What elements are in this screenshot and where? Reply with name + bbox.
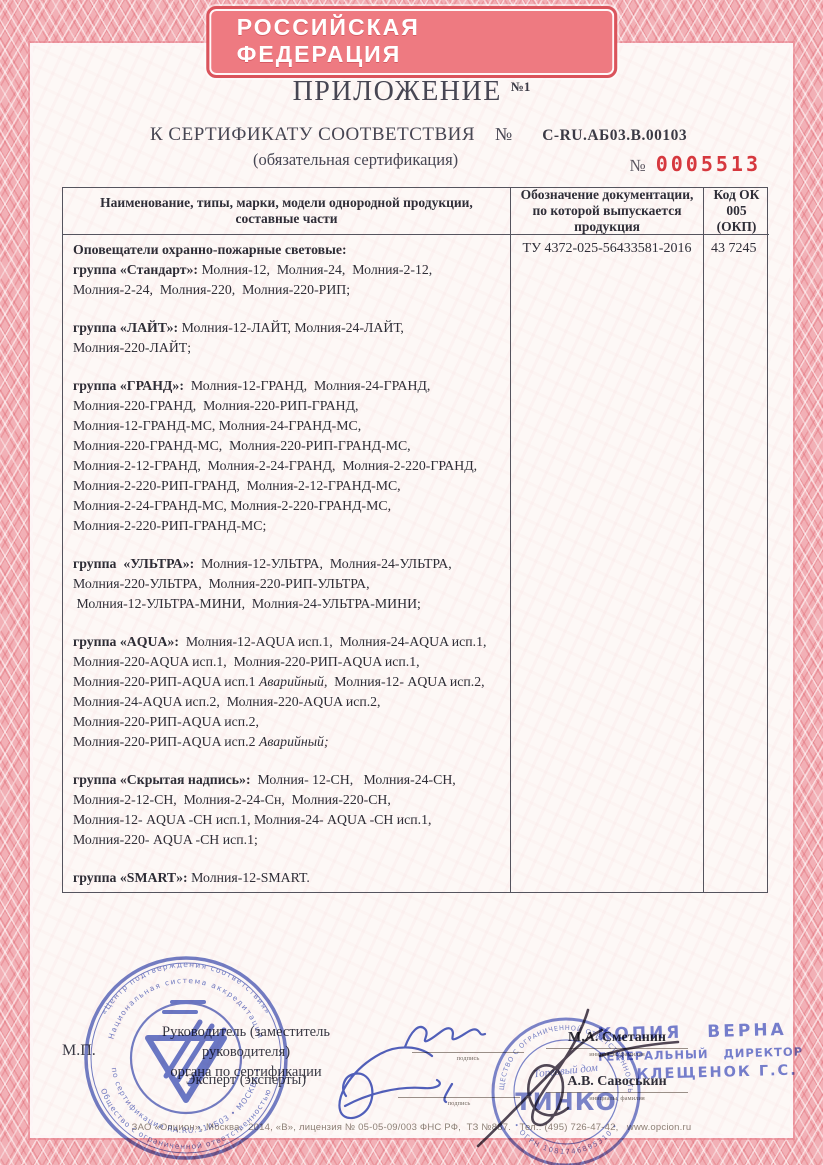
- product-line: Молния-220-РИП-AQUA исп.1 Аварийный, Мол…: [73, 672, 504, 692]
- product-line: группа «ГРАНД»: Молния-12-ГРАНД, Молния-…: [73, 376, 504, 396]
- certificate-page: РОССИЙСКАЯ ФЕДЕРАЦИЯ ПРИЛОЖЕНИЕ№1 К СЕРТ…: [0, 0, 823, 1165]
- appendix-number: №1: [511, 79, 531, 94]
- product-line: Молния-220-ГРАНД, Молния-220-РИП-ГРАНД,: [73, 396, 504, 416]
- product-line: Молния-2-12-СН, Молния-2-24-Сн, Молния-2…: [73, 790, 504, 810]
- copy-verna-stamp: КОПИЯ ВЕРНА ГЕНЕРАЛЬНЫЙ ДИРЕКТОР КЛЕЩЕНО…: [597, 1019, 818, 1084]
- certificate-subtitle: К СЕРТИФИКАТУ СООТВЕТСТВИЯ: [150, 124, 475, 145]
- column-header-documentation: Обозначение документации, по которой вып…: [511, 188, 704, 235]
- copy-verna-line2: ГЕНЕРАЛЬНЫЙ ДИРЕКТОР: [598, 1044, 818, 1064]
- certification-body-stamp: «Центр подтверждения соответствия» Общес…: [78, 950, 294, 1165]
- form-numero-sign: №: [629, 156, 645, 175]
- appendix-title-row: ПРИЛОЖЕНИЕ№1: [0, 76, 823, 108]
- product-line: Молния-2-12-ГРАНД, Молния-2-24-ГРАНД, Мо…: [73, 456, 504, 476]
- product-line: группа «Скрытая надпись»: Молния- 12-СН,…: [73, 770, 504, 790]
- product-line: Молния-2-220-РИП-ГРАНД, Молния-2-12-ГРАН…: [73, 476, 504, 496]
- product-line: группа «Стандарт»: Молния-12, Молния-24,…: [73, 260, 504, 280]
- product-line: Молния-12-ГРАНД-МС, Молния-24-ГРАНД-МС,: [73, 416, 504, 436]
- product-list-cell: Оповещатели охранно-пожарные световые:гр…: [63, 235, 511, 892]
- product-line: группа «ЛАЙТ»: Молния-12-ЛАЙТ, Молния-24…: [73, 318, 504, 338]
- tinko-script-text: Торговый дом: [533, 1062, 599, 1081]
- column-header-name: Наименование, типы, марки, модели одноро…: [63, 188, 511, 235]
- product-group: группа «Стандарт»: Молния-12, Молния-24,…: [73, 260, 504, 300]
- column-header-okp-code: Код ОК 005 (ОКП): [704, 188, 769, 235]
- okp-code-value: 43 7245: [704, 235, 769, 892]
- product-line: Молния-12- AQUA -СН исп.1, Молния-24- AQ…: [73, 810, 504, 830]
- product-line: Молния-2-24, Молния-220, Молния-220-РИП;: [73, 280, 504, 300]
- product-line: Молния-220-AQUA исп.1, Молния-220-РИП-AQ…: [73, 652, 504, 672]
- federation-banner: РОССИЙСКАЯ ФЕДЕРАЦИЯ: [206, 6, 618, 78]
- product-line: Молния-220-ЛАЙТ;: [73, 338, 504, 358]
- product-line: группа «AQUA»: Молния-12-AQUA исп.1, Мол…: [73, 632, 504, 652]
- product-line: Молния-2-24-ГРАНД-МС, Молния-2-220-ГРАНД…: [73, 496, 504, 516]
- numero-sign: №: [495, 124, 512, 144]
- accreditation-triangle-logo-icon: [148, 1002, 224, 1100]
- product-group: группа «AQUA»: Молния-12-AQUA исп.1, Мол…: [73, 632, 504, 752]
- certificate-number: С-RU.АБ03.В.00103: [542, 127, 687, 144]
- appendix-title: ПРИЛОЖЕНИЕ: [293, 76, 502, 107]
- product-line: группа «УЛЬТРА»: Молния-12-УЛЬТРА, Молни…: [73, 554, 504, 574]
- product-line: группа «SMART»: Молния-12-SMART.: [73, 868, 504, 888]
- product-line: Оповещатели охранно-пожарные световые:: [73, 240, 504, 260]
- product-line: Молния-24-AQUA исп.2, Молния-220-AQUA ис…: [73, 692, 504, 712]
- tinko-logo-text: ТИНКО: [515, 1088, 617, 1116]
- product-line: Молния-2-220-РИП-ГРАНД-МС;: [73, 516, 504, 536]
- certification-type: (обязательная сертификация): [253, 150, 458, 170]
- product-group: группа «ЛАЙТ»: Молния-12-ЛАЙТ, Молния-24…: [73, 318, 504, 358]
- product-line: Молния-12-УЛЬТРА-МИНИ, Молния-24-УЛЬТРА-…: [73, 594, 504, 614]
- product-line: Молния-220- AQUA -СН исп.1;: [73, 830, 504, 850]
- doc-designation-value: ТУ 4372-025-56433581-2016: [511, 235, 704, 892]
- product-group: Оповещатели охранно-пожарные световые:: [73, 240, 504, 260]
- form-number-block: №0005513: [629, 152, 761, 176]
- federation-banner-label: РОССИЙСКАЯ ФЕДЕРАЦИЯ: [237, 14, 420, 67]
- product-group: группа «Скрытая надпись»: Молния- 12-СН,…: [73, 770, 504, 850]
- product-group: группа «SMART»: Молния-12-SMART.: [73, 868, 504, 888]
- product-line: Молния-220-УЛЬТРА, Молния-220-РИП-УЛЬТРА…: [73, 574, 504, 594]
- form-serial-number: 0005513: [656, 152, 761, 176]
- product-line: Молния-220-РИП-AQUA исп.2 Аварийный;: [73, 732, 504, 752]
- product-group: группа «УЛЬТРА»: Молния-12-УЛЬТРА, Молни…: [73, 554, 504, 614]
- products-table: Наименование, типы, марки, модели одноро…: [62, 187, 768, 893]
- product-group: группа «ГРАНД»: Молния-12-ГРАНД, Молния-…: [73, 376, 504, 536]
- product-line: Молния-220-РИП-AQUA исп.2,: [73, 712, 504, 732]
- product-line: Молния-220-ГРАНД-МС, Молния-220-РИП-ГРАН…: [73, 436, 504, 456]
- certificate-subtitle-row: К СЕРТИФИКАТУ СООТВЕТСТВИЯ№С-RU.АБ03.В.0…: [150, 124, 687, 146]
